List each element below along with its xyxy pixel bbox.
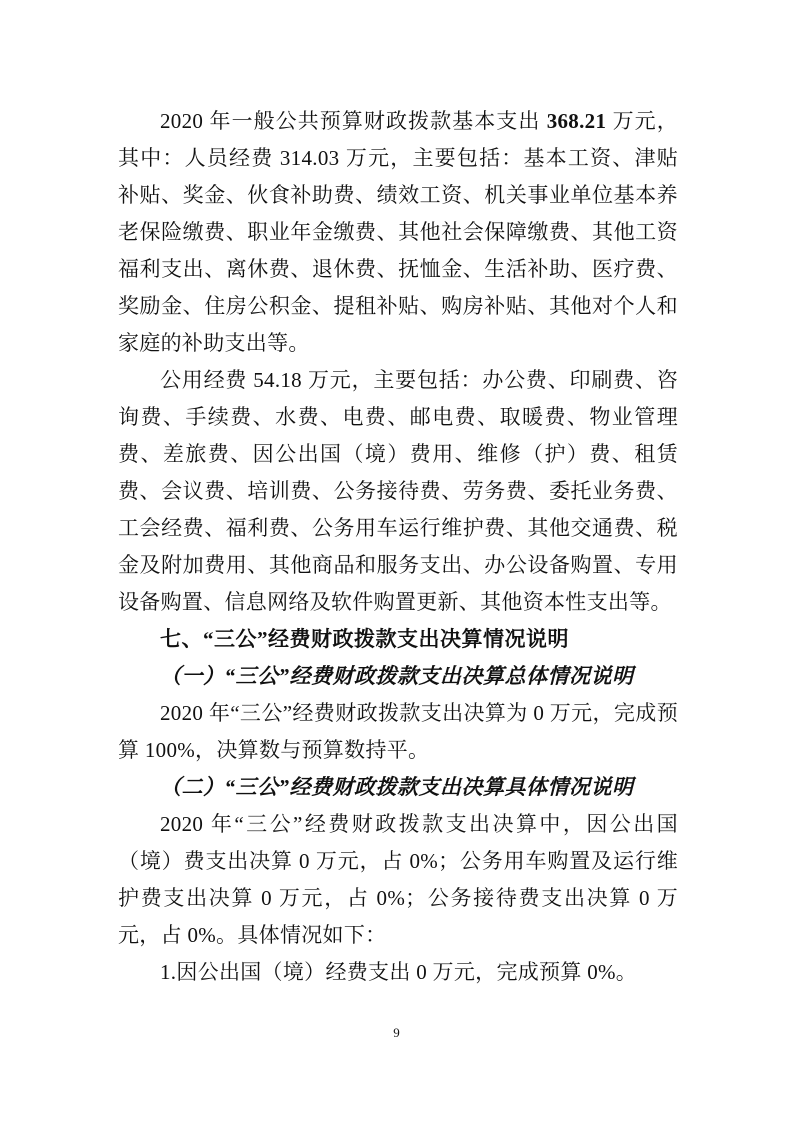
page-content: 2020 年一般公共预算财政拨款基本支出 368.21 万元，其中：人员经费 3… [118, 103, 678, 991]
paragraph-three-public-detail: 2020 年“三公”经费财政拨款支出决算中，因公出国（境）费支出决算 0 万元，… [118, 806, 678, 954]
paragraph-three-public-total: 2020 年“三公”经费财政拨款支出决算为 0 万元，完成预算 100%，决算数… [118, 695, 678, 769]
bold-amount-368-21: 368.21 [547, 109, 607, 133]
page-number: 9 [0, 1024, 793, 1042]
paragraph-abroad-expense: 1.因公出国（境）经费支出 0 万元，完成预算 0%。 [118, 954, 678, 991]
heading-subsection-one: （一）“三公”经费财政拨款支出决算总体情况说明 [118, 658, 678, 695]
paragraph-public-funds: 公用经费 54.18 万元，主要包括：办公费、印刷费、咨询费、手续费、水费、电费… [118, 362, 678, 621]
paragraph-text-post: 万元，其中：人员经费 314.03 万元，主要包括：基本工资、津贴补贴、奖金、伙… [118, 109, 678, 355]
heading-section-seven: 七、“三公”经费财政拨款支出决算情况说明 [118, 621, 678, 658]
paragraph-basic-expenditure: 2020 年一般公共预算财政拨款基本支出 368.21 万元，其中：人员经费 3… [118, 103, 678, 362]
document-page: 2020 年一般公共预算财政拨款基本支出 368.21 万元，其中：人员经费 3… [0, 0, 793, 1122]
paragraph-text-pre: 2020 年一般公共预算财政拨款基本支出 [160, 109, 547, 133]
heading-subsection-two: （二）“三公”经费财政拨款支出决算具体情况说明 [118, 769, 678, 806]
